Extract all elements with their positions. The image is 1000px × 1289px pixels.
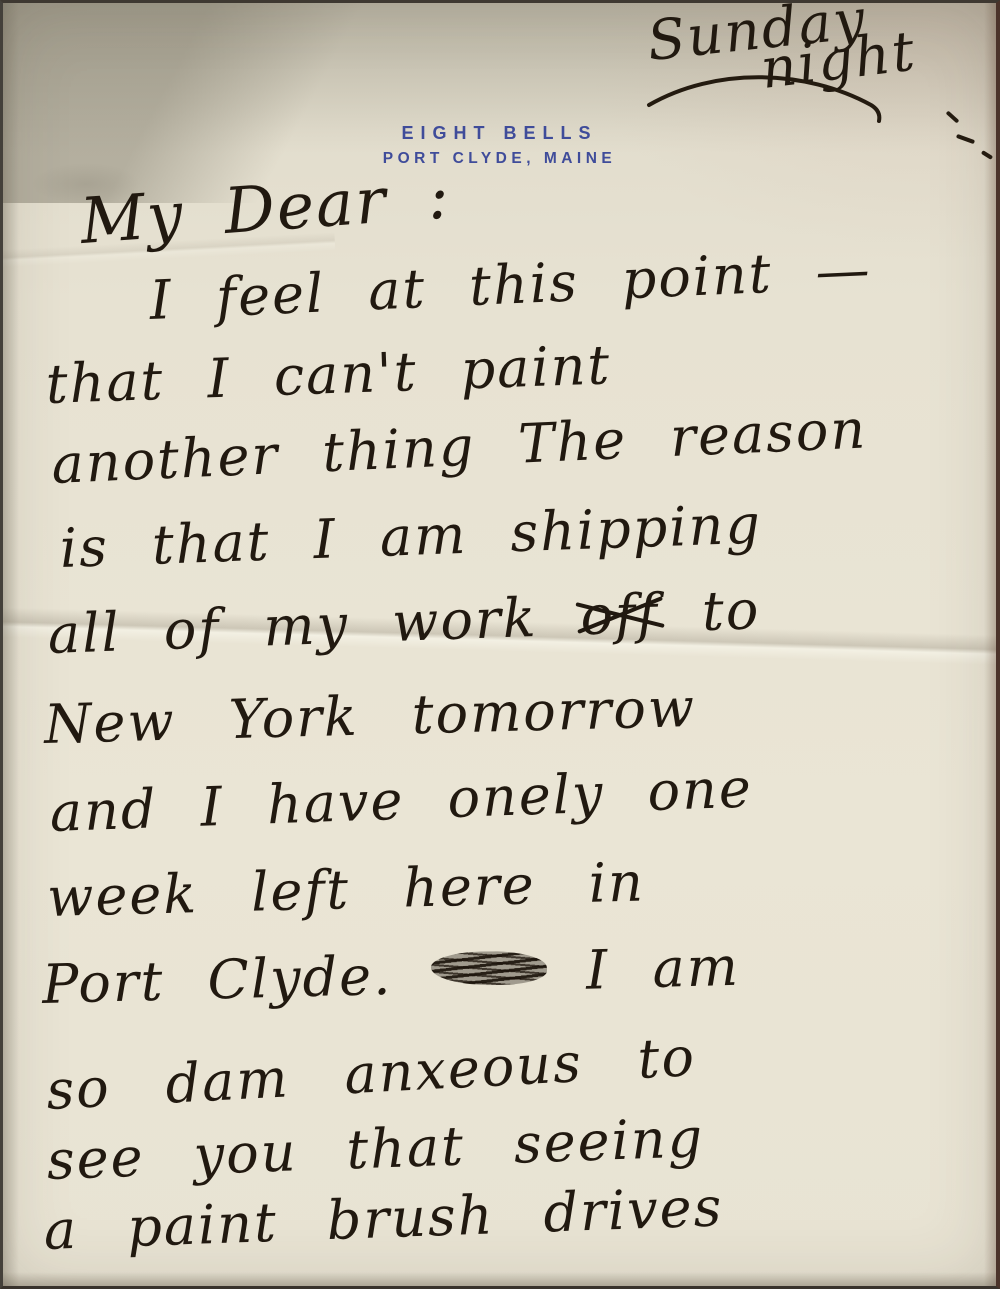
letterhead: EIGHT BELLS PORT CLYDE, MAINE (3, 123, 996, 168)
word: all of my work (47, 584, 582, 666)
word: Port Clyde. (41, 943, 436, 1016)
handwriting-line: and I have onely one (49, 756, 754, 844)
salutation: My Dear : (78, 159, 453, 258)
letterhead-location: PORT CLYDE, MAINE (3, 150, 996, 168)
edge-shade-bottom (3, 1272, 996, 1286)
handwriting-line: another thing The reason (50, 397, 868, 496)
ink-mark (946, 110, 960, 123)
letter-photo: Sunday night EIGHT BELLS PORT CLYDE, MAI… (0, 0, 1000, 1289)
word: and I have onely one (49, 756, 754, 844)
word: to (658, 578, 762, 645)
handwriting-line: Port Clyde. and I am (41, 935, 740, 1016)
word: another thing The reason (50, 397, 868, 496)
word: is that I am shipping (59, 493, 763, 580)
word: New York tomorrow (43, 676, 696, 756)
edge-shade-right (984, 3, 996, 1286)
letterhead-name: EIGHT BELLS (3, 123, 996, 144)
scribble-word: and (435, 940, 544, 1006)
handwriting-line: New York tomorrow (43, 676, 696, 756)
word: I feel at this point — (148, 238, 873, 332)
edge-shade-left (3, 3, 19, 1286)
handwriting-line: is that I am shipping (59, 493, 763, 580)
word: week left here in (46, 850, 645, 929)
handwriting-line: that I can't paint (45, 333, 612, 416)
handwriting-line: so dam anxeous to (45, 1025, 698, 1122)
word: that I can't paint (45, 333, 612, 416)
handwriting-line: week left here in (46, 850, 645, 929)
handwriting-line: all of my work off to (47, 578, 762, 666)
handwriting-line: I feel at this point — (148, 238, 873, 332)
word: so dam anxeous to (45, 1025, 698, 1122)
xout-word: off (579, 582, 660, 648)
word: I am (542, 935, 741, 1003)
